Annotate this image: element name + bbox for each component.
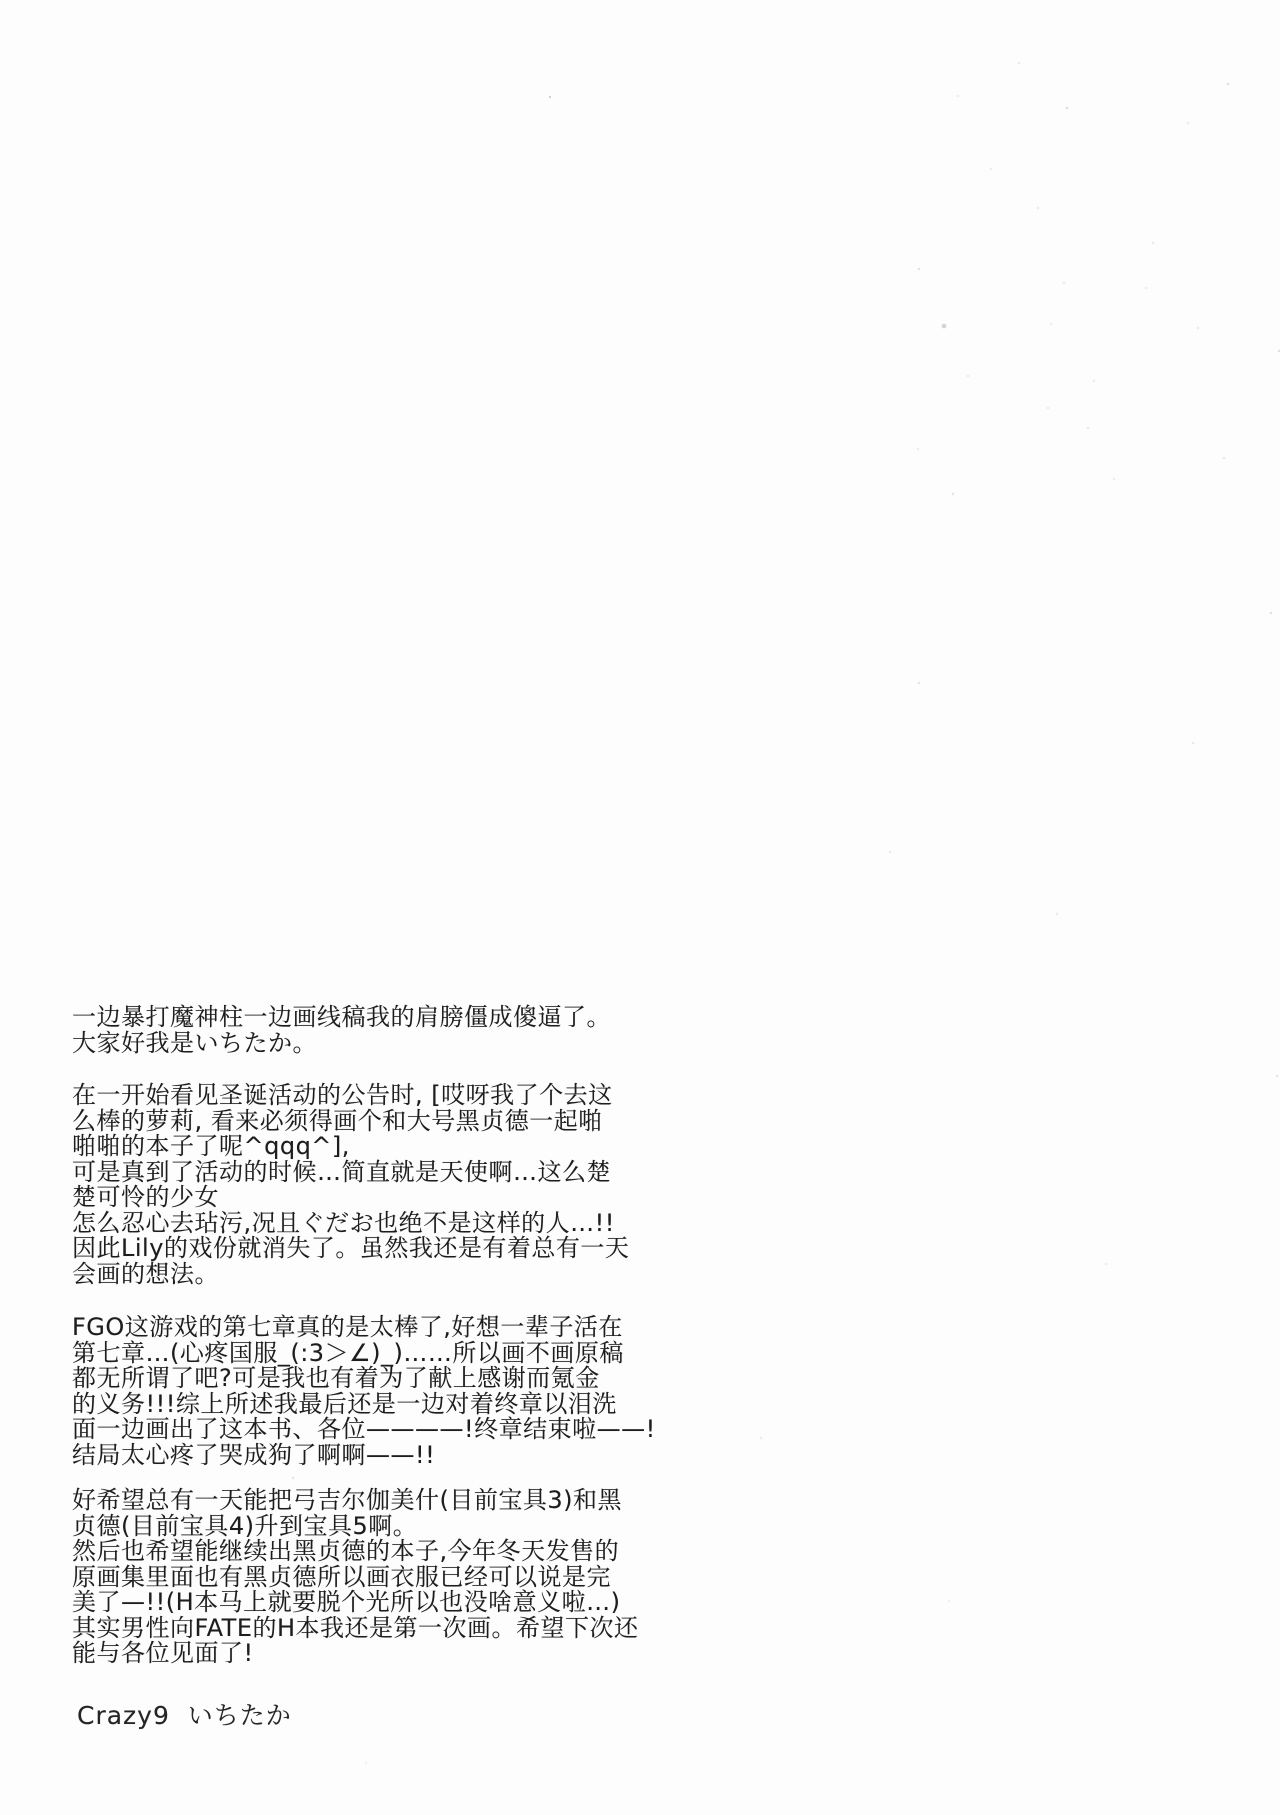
afterword-line: 其实男性向FATE的H本我还是第一次画。希望下次还 [72,1616,692,1642]
afterword-line: 会画的想法。 [72,1262,692,1288]
afterword-line: 怎么忍心去玷污,况且ぐだお也绝不是这样的人…!! [72,1211,692,1237]
afterword-line: 大家好我是いちたか。 [72,1031,692,1057]
afterword-line: 楚可怜的少女 [72,1185,692,1211]
afterword-paragraph-chapter-seven: FGO这游戏的第七章真的是太棒了,好想一辈子活在 第七章…(心疼国服_(:3＞∠… [72,1315,692,1468]
afterword-line: 的义务!!!综上所述我最后还是一边对着终章以泪洗 [72,1392,692,1418]
artist-credit: Crazy9 いちたか [77,1696,292,1732]
afterword-line: 然后也希望能继续出黑贞德的本子,今年冬天发售的 [72,1539,692,1565]
afterword-line: 可是真到了活动的时候…简直就是天使啊…这么楚 [72,1160,692,1186]
afterword-line: 在一开始看见圣诞活动的公告时, [哎呀我了个去这 [72,1083,692,1109]
afterword-line: 面一边画出了这本书、各位————!终章结束啦——! [72,1417,692,1443]
afterword-paragraph-hopes: 好希望总有一天能把弓吉尔伽美什(目前宝具3)和黑 贞德(目前宝具4)升到宝具5啊… [72,1488,692,1667]
afterword-line: 好希望总有一天能把弓吉尔伽美什(目前宝具3)和黑 [72,1488,692,1514]
afterword-line: FGO这游戏的第七章真的是太棒了,好想一辈子活在 [72,1315,692,1341]
afterword-line: 贞德(目前宝具4)升到宝具5啊。 [72,1514,692,1540]
afterword-line: 啪啪的本子了呢^qqq^], [72,1134,692,1160]
afterword-line: 么棒的萝莉, 看来必须得画个和大号黑贞德一起啪 [72,1109,692,1135]
afterword-line: 美了—!!(H本马上就要脱个光所以也没啥意义啦…) [72,1590,692,1616]
afterword-line: 因此Lily的戏份就消失了。虽然我还是有着总有一天 [72,1236,692,1262]
afterword-paragraph-christmas-event: 在一开始看见圣诞活动的公告时, [哎呀我了个去这 么棒的萝莉, 看来必须得画个和… [72,1083,692,1287]
afterword-line: 一边暴打魔神柱一边画线稿我的肩膀僵成傻逼了。 [72,1005,692,1031]
afterword-line: 第七章…(心疼国服_(:3＞∠)_)……所以画不画原稿 [72,1341,692,1367]
afterword-line: 结局太心疼了哭成狗了啊啊——!! [72,1443,692,1469]
afterword-paragraph-greeting: 一边暴打魔神柱一边画线稿我的肩膀僵成傻逼了。 大家好我是いちたか。 [72,1005,692,1056]
afterword-line: 都无所谓了吧?可是我也有着为了献上感谢而氪金 [72,1366,692,1392]
scan-noise-speckles [0,0,2,2]
afterword-line: 能与各位见面了! [72,1641,692,1667]
afterword-line: 原画集里面也有黑贞德所以画衣服已经可以说是完 [72,1565,692,1591]
scanned-page: 一边暴打魔神柱一边画线稿我的肩膀僵成傻逼了。 大家好我是いちたか。 在一开始看见… [0,0,1280,1815]
